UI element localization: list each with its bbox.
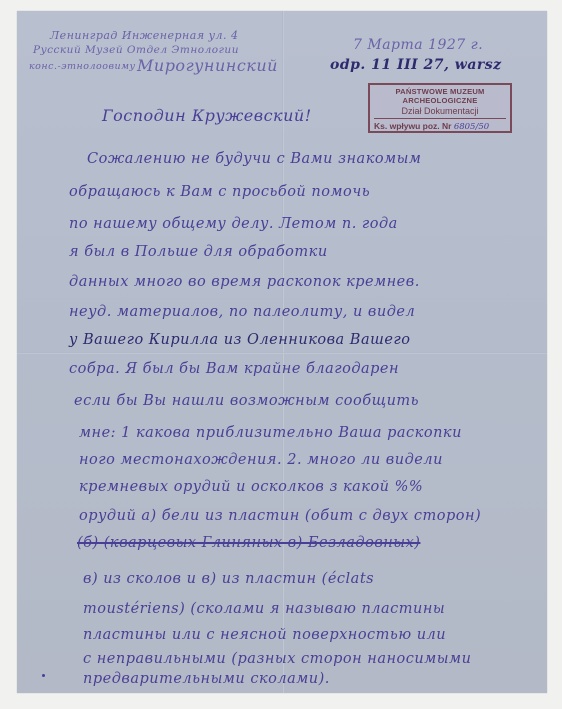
- body-line-12: кремневых орудий и осколков з какой %%: [79, 479, 423, 495]
- body-line-16: пластины или с неясной поверхностью или: [83, 627, 446, 643]
- body-line-13: орудий а) бели из пластин (обит с двух с…: [79, 508, 481, 524]
- letter-date: 7 Марта 1927 г.: [353, 37, 483, 53]
- salutation: Господин Кружевский!: [102, 106, 312, 125]
- body-line-17: с неправильными (разных сторон наносимым…: [83, 651, 471, 667]
- body-line-7: у Вашего Кирилла из Оленникова Вашего: [69, 332, 410, 348]
- stamp-register-number: 6805/50: [454, 122, 489, 132]
- letter-paper: Ленинград Инженерная ул. 4 Русский Музей…: [17, 11, 547, 693]
- archive-stamp: PAŃSTWOWE MUZEUM ARCHEOLOGICZNE Dział Do…: [368, 83, 512, 133]
- body-line-11: ного местонахождения. 2. много ли видели: [79, 452, 443, 468]
- stamp-register-row: Ks. wpływu poz. Nr 6805/50: [370, 121, 510, 132]
- stamp-register-label: Ks. wpływu poz. Nr: [374, 121, 451, 131]
- body-line-4: я был в Польше для обработки: [69, 244, 328, 260]
- addressee-line: Мирогунинский: [137, 56, 278, 75]
- body-line-10: мне: 1 какова приблизительно Ваша раскоп…: [79, 425, 462, 441]
- reply-annotation: odp. 11 III 27, warsz: [330, 57, 502, 73]
- body-line-3: по нашему общему делу. Летом п. года: [69, 216, 398, 232]
- body-line-2: обращаюсь к Вам с просьбой помочь: [69, 184, 370, 200]
- body-line-5: данных много во время раскопок кремнев.: [69, 274, 420, 290]
- horizontal-fold-line: [17, 352, 547, 354]
- stamp-department: Dział Dokumentacji: [374, 106, 506, 119]
- body-line-8: собра. Я был бы Вам крайне благодарен: [69, 361, 399, 377]
- sender-address-line-3: конс.-этнолоовиму: [29, 61, 136, 72]
- stamp-institution: PAŃSTWOWE MUZEUM ARCHEOLOGICZNE: [370, 87, 510, 105]
- body-line-18: предварительными сколами).: [83, 671, 330, 687]
- struck-through-line: (б) (кварцевых Глиняных в) Безладовных): [77, 535, 420, 551]
- sender-address-line-1: Ленинград Инженерная ул. 4: [50, 29, 239, 42]
- ink-dot: [42, 674, 45, 677]
- body-line-6: неуд. материалов, по палеолиту, и видел: [69, 304, 415, 320]
- sender-address-line-2: Русский Музей Отдел Этнологии: [33, 44, 239, 56]
- body-line-9: если бы Вы нашли возможным сообщить: [74, 393, 419, 409]
- body-line-15: moustériens) (сколами я называю пластины: [83, 601, 445, 617]
- body-line-14: в) из сколов и в) из пластин (éclats: [83, 571, 374, 587]
- body-line-1: Сожалению не будучи с Вами знакомым: [87, 151, 421, 167]
